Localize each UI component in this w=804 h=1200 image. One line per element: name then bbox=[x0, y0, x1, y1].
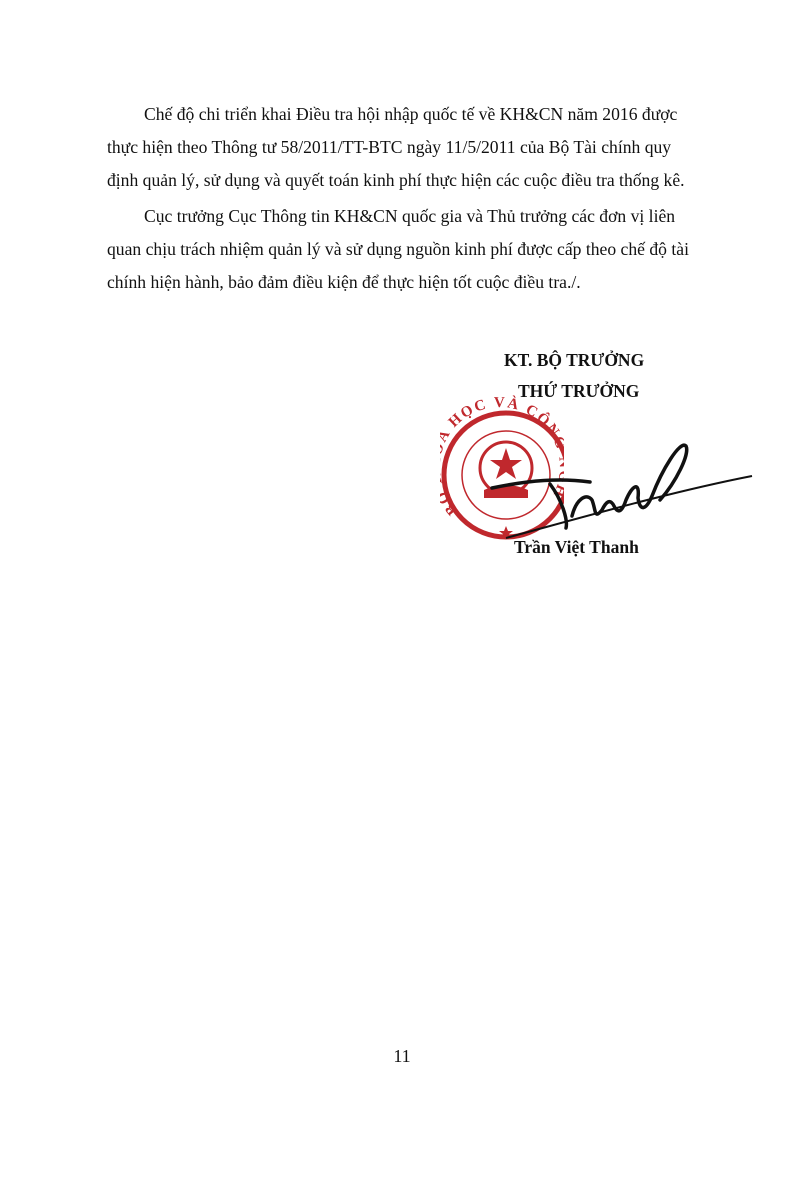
text-line: Cục trưởng Cục Thông tin KH&CN quốc gia … bbox=[107, 200, 707, 233]
signer-name: Trần Việt Thanh bbox=[514, 537, 639, 558]
signature-title-1: KT. BỘ TRƯỞNG bbox=[504, 350, 644, 371]
handwritten-signature-icon bbox=[490, 420, 760, 540]
page-number: 11 bbox=[0, 1046, 804, 1067]
text-line: quan chịu trách nhiệm quản lý và sử dụng… bbox=[107, 233, 707, 266]
signature-block: BỘ KHOA HỌC VÀ CÔNG NGHỆ KT. BỘ TRƯỞNG T… bbox=[440, 340, 760, 570]
text-line: định quản lý, sử dụng và quyết toán kinh… bbox=[107, 164, 711, 197]
text-line: thực hiện theo Thông tư 58/2011/TT-BTC n… bbox=[107, 131, 711, 164]
text-line: Chế độ chi triển khai Điều tra hội nhập … bbox=[107, 98, 711, 131]
text-line: chính hiện hành, bảo đảm điều kiện để th… bbox=[107, 266, 707, 299]
paragraph-responsibility: Cục trưởng Cục Thông tin KH&CN quốc gia … bbox=[107, 200, 707, 299]
signature-title-2: THỨ TRƯỞNG bbox=[518, 381, 639, 402]
paragraph-funding-regime: Chế độ chi triển khai Điều tra hội nhập … bbox=[107, 98, 711, 197]
